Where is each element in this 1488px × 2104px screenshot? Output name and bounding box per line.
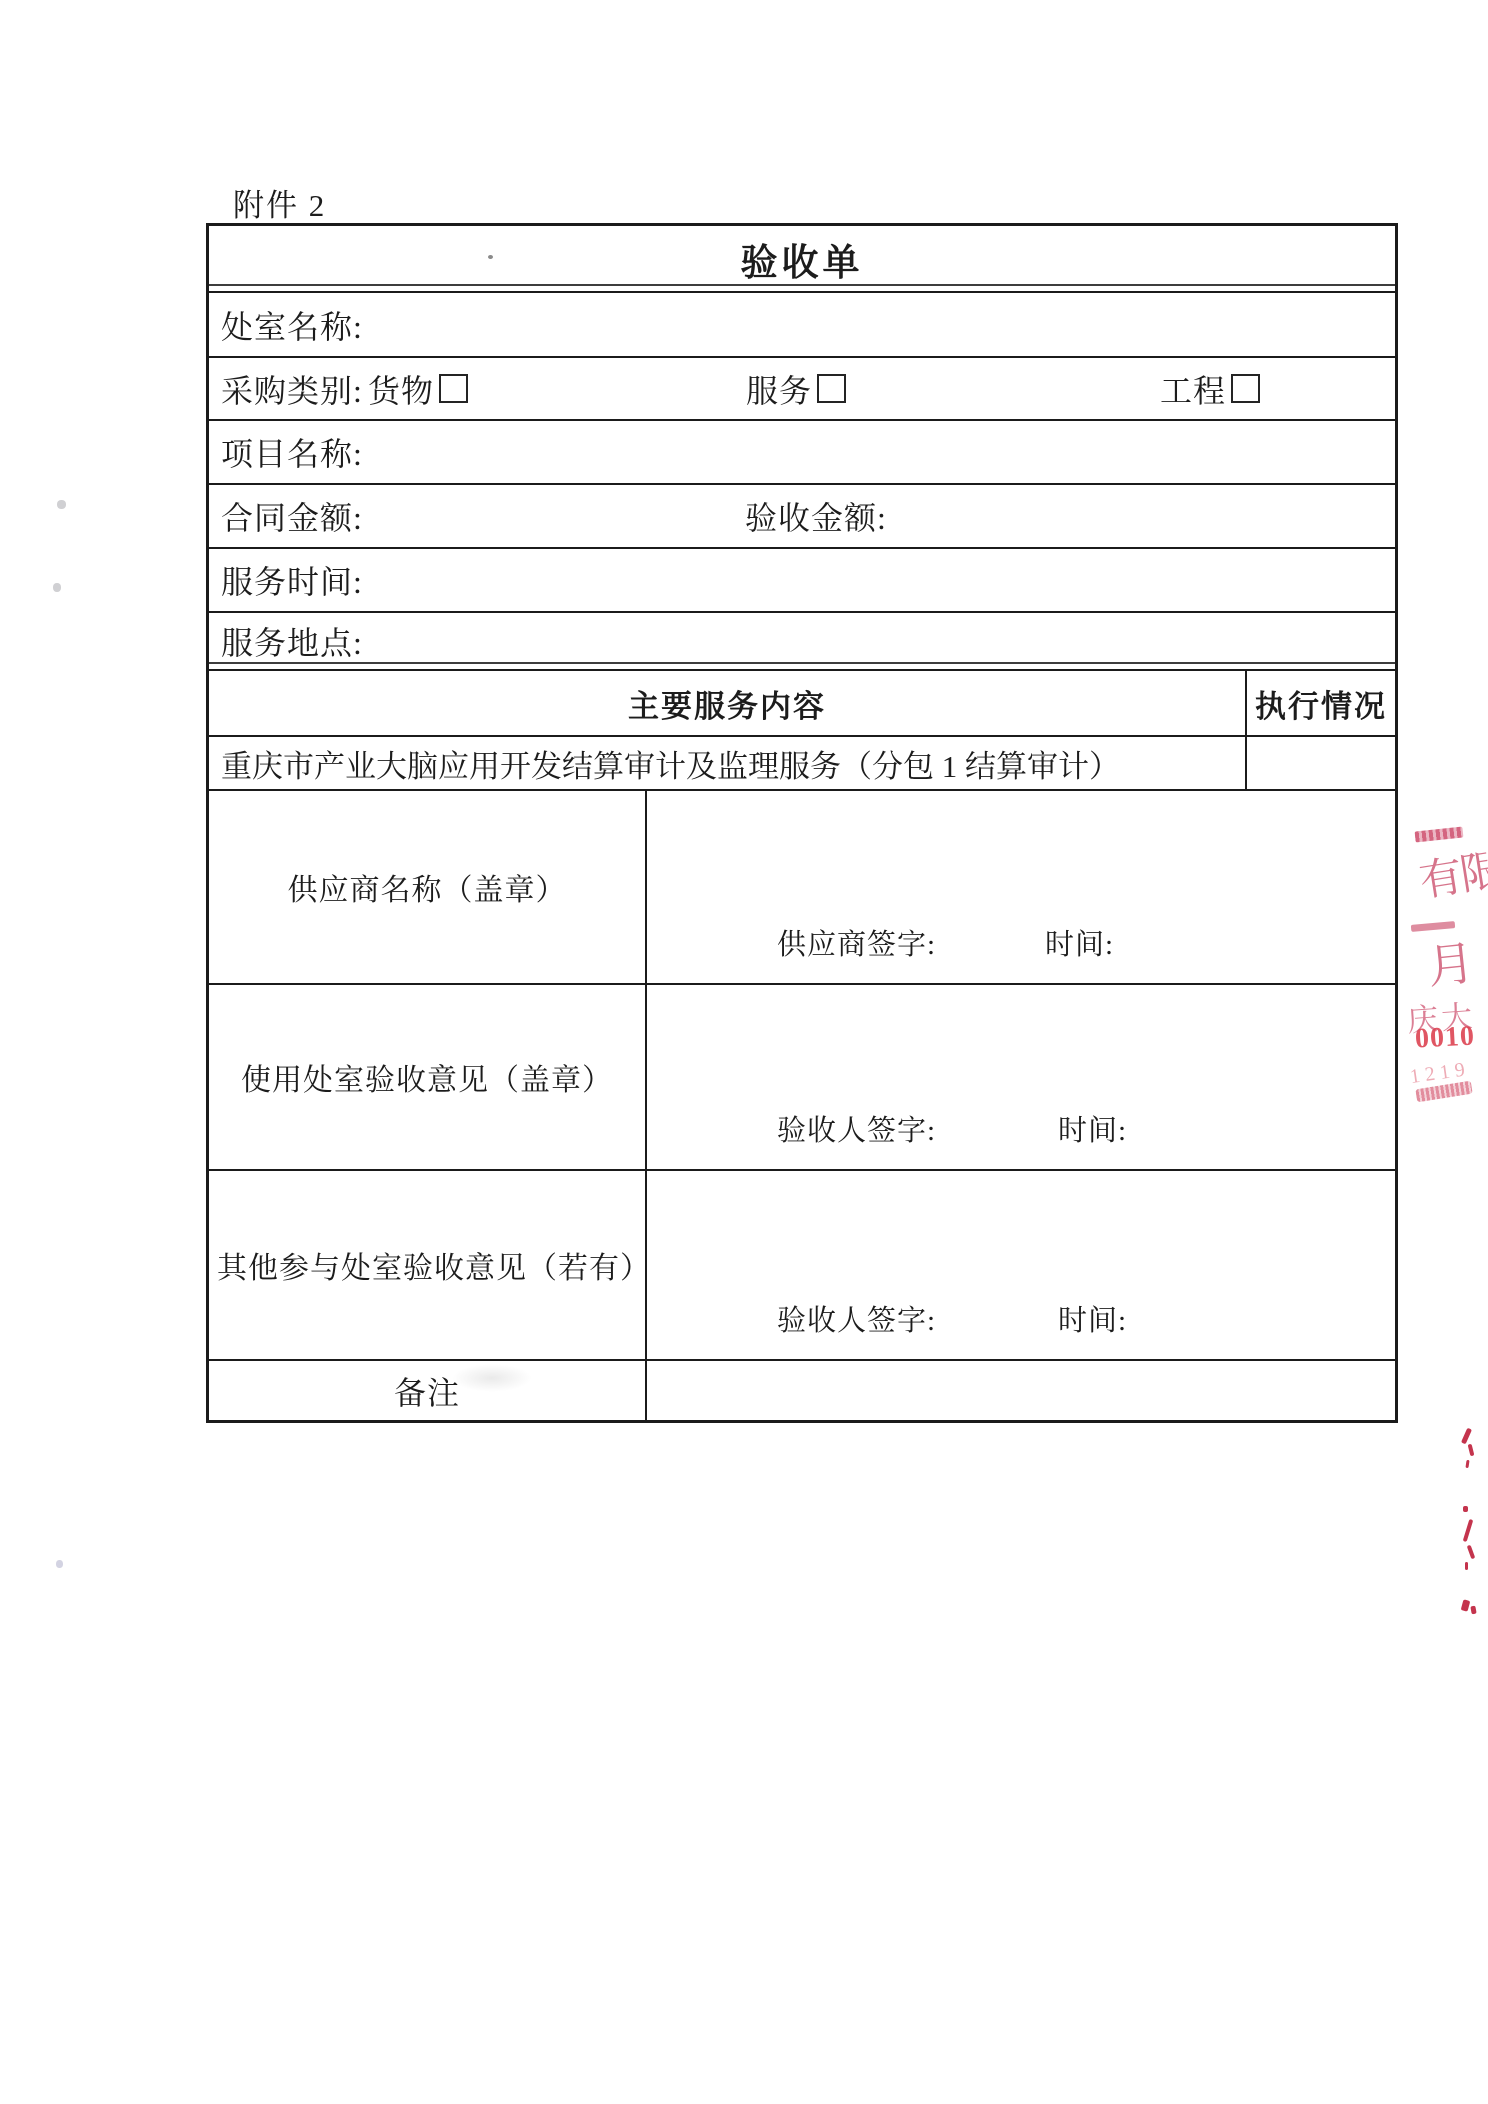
other-signature-cell: 验收人签字: 时间: xyxy=(647,1171,1395,1359)
stamp-arc-bar xyxy=(1415,827,1464,843)
remarks-label: 备注 xyxy=(209,1361,647,1420)
scanned-document-page: 附件 2 验收单 处室名称: 采购类别: 货物 服务 工程 项目名 xyxy=(0,0,1488,2104)
double-rule-artifact xyxy=(209,284,1395,286)
execution-header-cell: 执行情况 xyxy=(1247,671,1395,735)
stamp-month-char: 月 xyxy=(1424,926,1478,998)
service-label: 服务 xyxy=(746,366,812,412)
category-option-works: 工程 xyxy=(1160,358,1260,419)
supplier-signature-cell: 供应商签字: 时间: xyxy=(647,791,1395,983)
execution-value-cell xyxy=(1247,737,1395,789)
category-label: 采购类别: xyxy=(221,358,363,419)
red-mark xyxy=(1463,1519,1474,1542)
red-mark xyxy=(1468,1444,1475,1457)
section-header-row: 主要服务内容 执行情况 xyxy=(209,671,1395,737)
form-title: 验收单 xyxy=(209,226,1395,291)
scan-speck xyxy=(488,255,493,259)
red-mark xyxy=(1470,1606,1476,1615)
project-name-label: 项目名称: xyxy=(221,421,363,483)
remarks-value-cell xyxy=(647,1361,1395,1420)
works-checkbox[interactable] xyxy=(1231,374,1260,403)
scan-fleck xyxy=(56,1560,63,1568)
acceptance-form-table: 验收单 处室名称: 采购类别: 货物 服务 工程 项目名称: 合 xyxy=(206,223,1398,1423)
supplier-row: 供应商名称（盖章） 供应商签字: 时间: xyxy=(209,791,1395,985)
red-mark xyxy=(1467,1545,1476,1560)
amount-row: 合同金额: 验收金额: xyxy=(209,485,1395,549)
dept-signature-cell: 验收人签字: 时间: xyxy=(647,985,1395,1169)
contract-amount-label: 合同金额: xyxy=(221,485,363,547)
other-opinion-label: 其他参与处室验收意见（若有） xyxy=(209,1171,647,1359)
service-content-row: 重庆市产业大脑应用开发结算审计及监理服务（分包 1 结算审计） xyxy=(209,737,1395,791)
works-label: 工程 xyxy=(1160,366,1226,412)
scan-fleck xyxy=(57,500,66,509)
red-mark xyxy=(1465,1460,1469,1468)
red-mark xyxy=(1463,1506,1468,1512)
dept-acceptor-sign-label: 验收人签字: xyxy=(777,1108,936,1149)
office-name-label: 处室名称: xyxy=(221,293,363,356)
red-mark xyxy=(1461,1428,1472,1445)
office-name-row: 处室名称: xyxy=(209,293,1395,358)
category-option-goods: 货物 xyxy=(368,358,468,419)
other-opinion-row: 其他参与处室验收意见（若有） 验收人签字: 时间: xyxy=(209,1171,1395,1361)
execution-header: 执行情况 xyxy=(1255,681,1387,726)
service-time-label: 服务时间: xyxy=(221,549,363,611)
service-content-text: 重庆市产业大脑应用开发结算审计及监理服务（分包 1 结算审计） xyxy=(221,737,1120,789)
attachment-label: 附件 2 xyxy=(233,180,326,225)
goods-checkbox[interactable] xyxy=(439,374,468,403)
red-mark xyxy=(1465,1562,1468,1570)
acceptance-amount-label: 验收金额: xyxy=(745,485,887,547)
title-row: 验收单 xyxy=(209,226,1395,293)
category-row: 采购类别: 货物 服务 工程 xyxy=(209,358,1395,421)
dept-opinion-label: 使用处室验收意见（盖章） xyxy=(209,985,647,1169)
dept-time-label: 时间: xyxy=(1058,1108,1127,1149)
other-time-label: 时间: xyxy=(1058,1298,1127,1339)
other-acceptor-sign-label: 验收人签字: xyxy=(777,1298,936,1339)
service-time-row: 服务时间: xyxy=(209,549,1395,613)
service-location-row: 服务地点: xyxy=(209,613,1395,671)
service-checkbox[interactable] xyxy=(817,374,846,403)
supplier-seal-label: 供应商名称（盖章） xyxy=(209,791,647,983)
scan-smear xyxy=(452,1364,532,1392)
category-option-service: 服务 xyxy=(746,358,846,419)
scan-fleck xyxy=(53,583,61,592)
main-content-header: 主要服务内容 xyxy=(209,671,1247,735)
supplier-sign-label: 供应商签字: xyxy=(777,922,936,963)
red-mark xyxy=(1461,1599,1471,1611)
service-location-label: 服务地点: xyxy=(221,613,363,669)
double-rule-artifact xyxy=(209,662,1395,664)
supplier-time-label: 时间: xyxy=(1045,922,1114,963)
goods-label: 货物 xyxy=(368,366,434,412)
stamp-number: 0010 xyxy=(1414,1020,1476,1055)
service-content-cell: 重庆市产业大脑应用开发结算审计及监理服务（分包 1 结算审计） xyxy=(209,737,1247,789)
dept-opinion-row: 使用处室验收意见（盖章） 验收人签字: 时间: xyxy=(209,985,1395,1171)
remarks-row: 备注 xyxy=(209,1361,1395,1420)
project-name-row: 项目名称: xyxy=(209,421,1395,485)
stamp-text-fragment: 有限 xyxy=(1415,838,1488,909)
